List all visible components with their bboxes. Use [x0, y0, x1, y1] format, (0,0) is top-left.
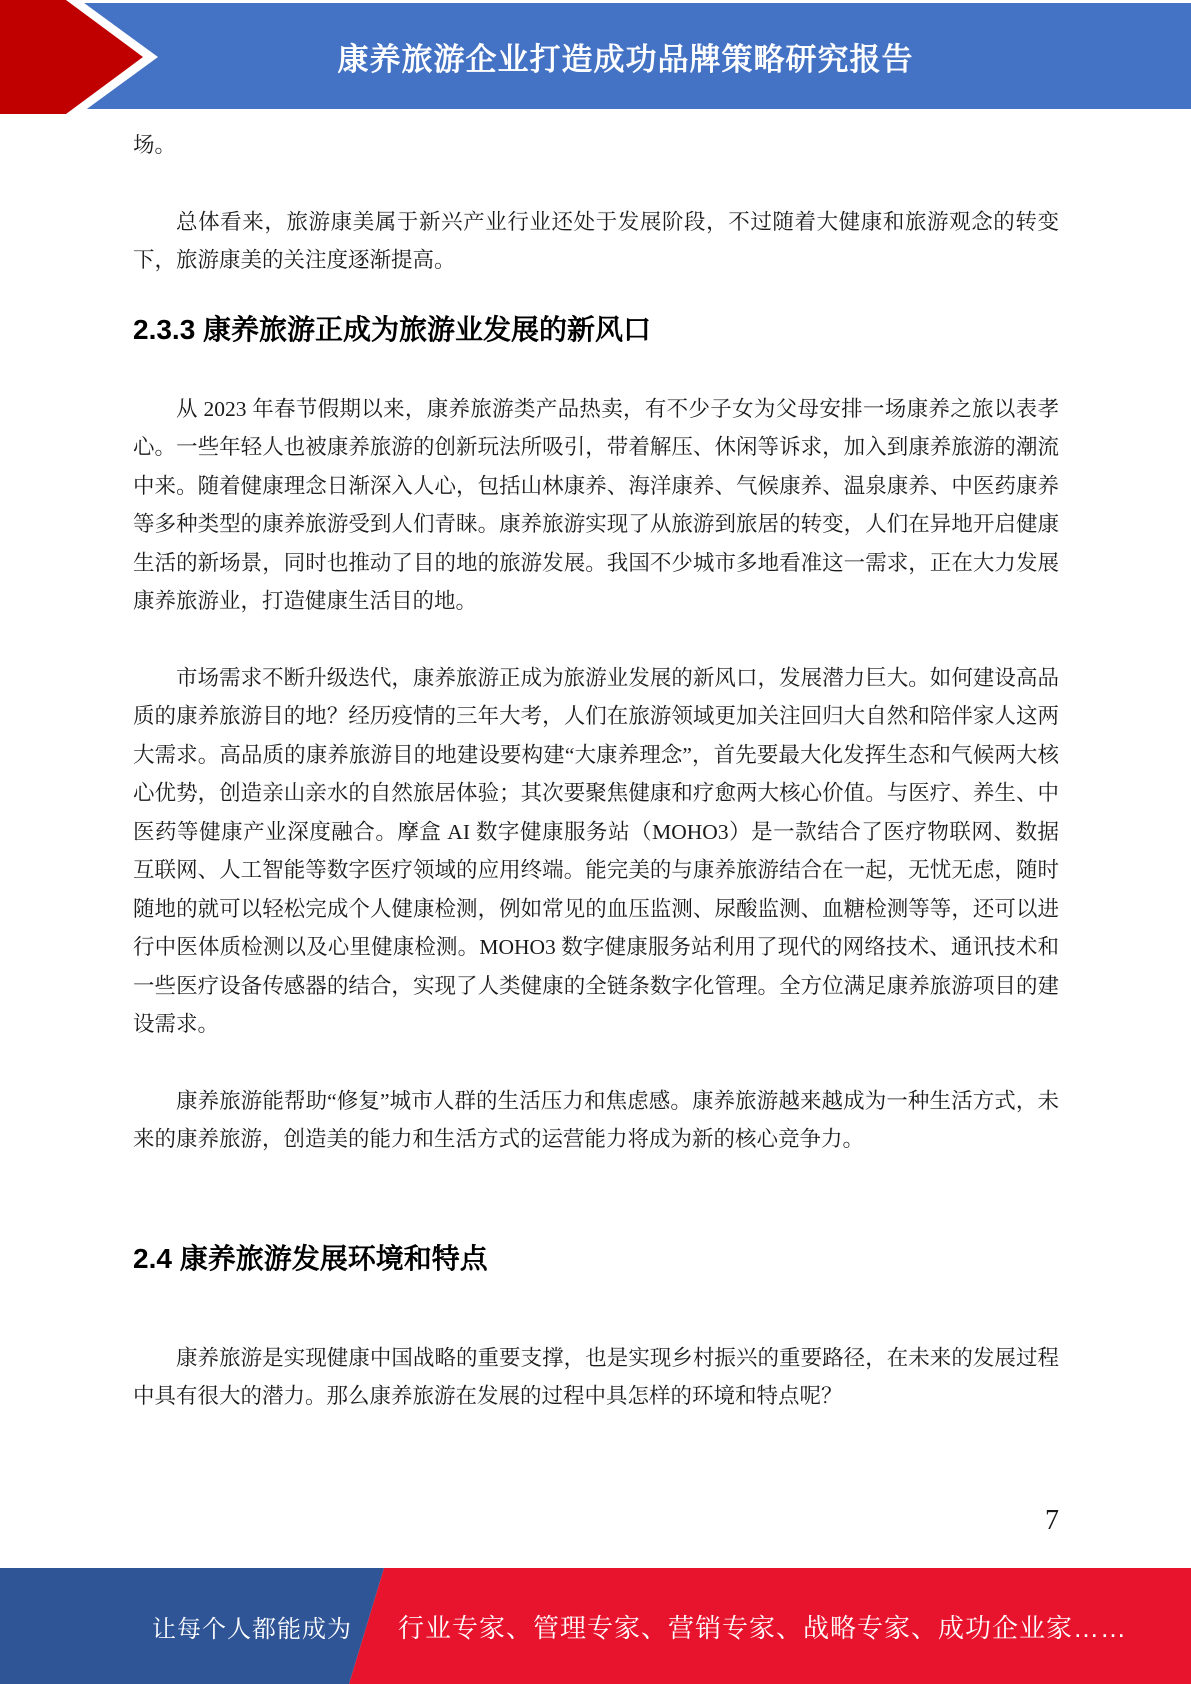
paragraph-continuation: 场。	[133, 126, 1059, 165]
paragraph-spring-festival: 从 2023 年春节假期以来，康养旅游类产品热卖，有不少子女为父母安排一场康养之…	[133, 390, 1059, 621]
paragraph-overview: 总体看来，旅游康美属于新兴产业行业还处于发展阶段，不过随着大健康和旅游观念的转变…	[133, 203, 1059, 280]
page-footer: 让每个人都能成为 行业专家、管理专家、营销专家、战略专家、成功企业家……	[0, 1568, 1191, 1684]
paragraph-repair-lifestyle: 康养旅游能帮助“修复”城市人群的生活压力和焦虑感。康养旅游越来越成为一种生活方式…	[133, 1082, 1059, 1159]
footer-slogan-right: 行业专家、管理专家、营销专家、战略专家、成功企业家……	[398, 1568, 1191, 1684]
report-title: 康养旅游企业打造成功品牌策略研究报告	[160, 3, 1091, 109]
paragraph-market-demand: 市场需求不断升级迭代，康养旅游正成为旅游业发展的新风口，发展潜力巨大。如何建设高…	[133, 659, 1059, 1044]
page-number: 7	[133, 1505, 1059, 1537]
section-heading-2-3-3: 2.3.3 康养旅游正成为旅游业发展的新风口	[133, 310, 1059, 350]
footer-slogan-left: 让每个人都能成为	[0, 1568, 352, 1684]
document-body: 场。 总体看来，旅游康美属于新兴产业行业还处于发展阶段，不过随着大健康和旅游观念…	[133, 126, 1059, 1416]
section-heading-2-4: 2.4 康养旅游发展环境和特点	[133, 1239, 1059, 1279]
paragraph-healthy-china: 康养旅游是实现健康中国战略的重要支撑，也是实现乡村振兴的重要路径，在未来的发展过…	[133, 1339, 1059, 1416]
header-banner: 康养旅游企业打造成功品牌策略研究报告	[20, 3, 1191, 109]
chevron-right-icon	[0, 0, 160, 114]
